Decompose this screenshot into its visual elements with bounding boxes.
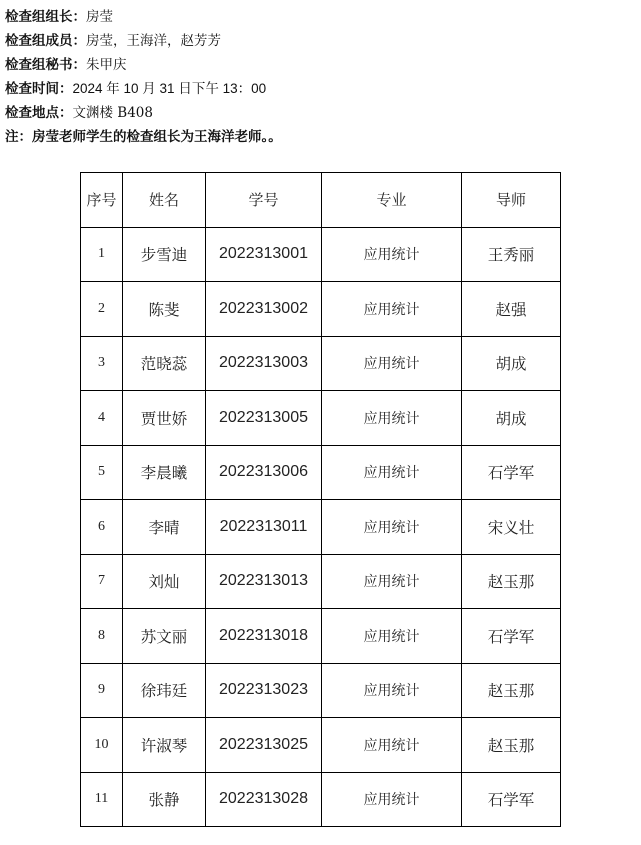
student-id: 2022313028	[206, 772, 322, 827]
inspection-info: 检查组组长：房莹 检查组成员：房莹，王海洋，赵芳芳 检查组秘书：朱甲庆 检查时间…	[5, 5, 282, 149]
location-value: 文渊楼 B408	[73, 105, 153, 121]
advisor: 赵玉那	[462, 718, 561, 773]
row-index: 9	[81, 663, 123, 718]
major: 应用统计	[322, 227, 462, 282]
leader-label: 检查组组长：	[5, 9, 86, 25]
student-id: 2022313005	[206, 391, 322, 446]
row-index: 1	[81, 227, 123, 282]
row-index: 4	[81, 391, 123, 446]
row-index: 5	[81, 445, 123, 500]
header-major: 专业	[322, 173, 462, 228]
table-row: 10许淑琴2022313025应用统计赵玉那	[81, 718, 561, 773]
advisor: 胡成	[462, 336, 561, 391]
major: 应用统计	[322, 663, 462, 718]
student-name: 刘灿	[123, 554, 206, 609]
student-roster-table: 序号 姓名 学号 专业 导师 1步雪迪2022313001应用统计王秀丽2陈斐2…	[80, 172, 561, 827]
major: 应用统计	[322, 500, 462, 555]
major: 应用统计	[322, 718, 462, 773]
student-id: 2022313006	[206, 445, 322, 500]
table-row: 11张静2022313028应用统计石学军	[81, 772, 561, 827]
table-row: 6李晴2022313011应用统计宋义壮	[81, 500, 561, 555]
major: 应用统计	[322, 282, 462, 337]
advisor: 石学军	[462, 445, 561, 500]
table-row: 8苏文丽2022313018应用统计石学军	[81, 609, 561, 664]
table-row: 2陈斐2022313002应用统计赵强	[81, 282, 561, 337]
row-index: 6	[81, 500, 123, 555]
row-index: 2	[81, 282, 123, 337]
header-advisor: 导师	[462, 173, 561, 228]
table-row: 4贾世娇2022313005应用统计胡成	[81, 391, 561, 446]
student-name: 贾世娇	[123, 391, 206, 446]
student-id: 2022313002	[206, 282, 322, 337]
row-index: 3	[81, 336, 123, 391]
location-label: 检查地点：	[5, 105, 73, 121]
student-name: 徐玮廷	[123, 663, 206, 718]
header-name: 姓名	[123, 173, 206, 228]
row-index: 11	[81, 772, 123, 827]
student-name: 李晨曦	[123, 445, 206, 500]
major: 应用统计	[322, 445, 462, 500]
time-value: 2024 年 10 月 31 日下午 13：00	[73, 81, 267, 96]
note-line: 注：房莹老师学生的检查组长为王海洋老师。。	[5, 125, 282, 149]
leader-value: 房莹	[86, 9, 113, 25]
major: 应用统计	[322, 772, 462, 827]
student-id: 2022313018	[206, 609, 322, 664]
student-id: 2022313011	[206, 500, 322, 555]
leader-line: 检查组组长：房莹	[5, 5, 282, 29]
members-value: 房莹，王海洋，赵芳芳	[86, 33, 221, 49]
student-id: 2022313003	[206, 336, 322, 391]
header-index: 序号	[81, 173, 123, 228]
row-index: 7	[81, 554, 123, 609]
advisor: 石学军	[462, 772, 561, 827]
major: 应用统计	[322, 609, 462, 664]
advisor: 石学军	[462, 609, 561, 664]
student-name: 许淑琴	[123, 718, 206, 773]
student-name: 苏文丽	[123, 609, 206, 664]
row-index: 8	[81, 609, 123, 664]
row-index: 10	[81, 718, 123, 773]
student-name: 步雪迪	[123, 227, 206, 282]
student-id: 2022313001	[206, 227, 322, 282]
student-name: 李晴	[123, 500, 206, 555]
table-row: 5李晨曦2022313006应用统计石学军	[81, 445, 561, 500]
major: 应用统计	[322, 336, 462, 391]
student-name: 张静	[123, 772, 206, 827]
secretary-label: 检查组秘书：	[5, 57, 86, 73]
student-id: 2022313013	[206, 554, 322, 609]
table-row: 7刘灿2022313013应用统计赵玉那	[81, 554, 561, 609]
secretary-value: 朱甲庆	[86, 57, 127, 73]
advisor: 胡成	[462, 391, 561, 446]
time-line: 检查时间：2024 年 10 月 31 日下午 13：00	[5, 77, 282, 101]
advisor: 宋义壮	[462, 500, 561, 555]
members-line: 检查组成员：房莹，王海洋，赵芳芳	[5, 29, 282, 53]
table-row: 3范晓蕊2022313003应用统计胡成	[81, 336, 561, 391]
secretary-line: 检查组秘书：朱甲庆	[5, 53, 282, 77]
header-student-id: 学号	[206, 173, 322, 228]
student-name: 范晓蕊	[123, 336, 206, 391]
major: 应用统计	[322, 391, 462, 446]
table-header-row: 序号 姓名 学号 专业 导师	[81, 173, 561, 228]
location-line: 检查地点：文渊楼 B408	[5, 101, 282, 125]
time-label: 检查时间：	[5, 81, 73, 97]
student-id: 2022313023	[206, 663, 322, 718]
table-row: 1步雪迪2022313001应用统计王秀丽	[81, 227, 561, 282]
advisor: 赵强	[462, 282, 561, 337]
advisor: 赵玉那	[462, 663, 561, 718]
major: 应用统计	[322, 554, 462, 609]
advisor: 王秀丽	[462, 227, 561, 282]
student-name: 陈斐	[123, 282, 206, 337]
table-row: 9徐玮廷2022313023应用统计赵玉那	[81, 663, 561, 718]
members-label: 检查组成员：	[5, 33, 86, 49]
student-id: 2022313025	[206, 718, 322, 773]
advisor: 赵玉那	[462, 554, 561, 609]
